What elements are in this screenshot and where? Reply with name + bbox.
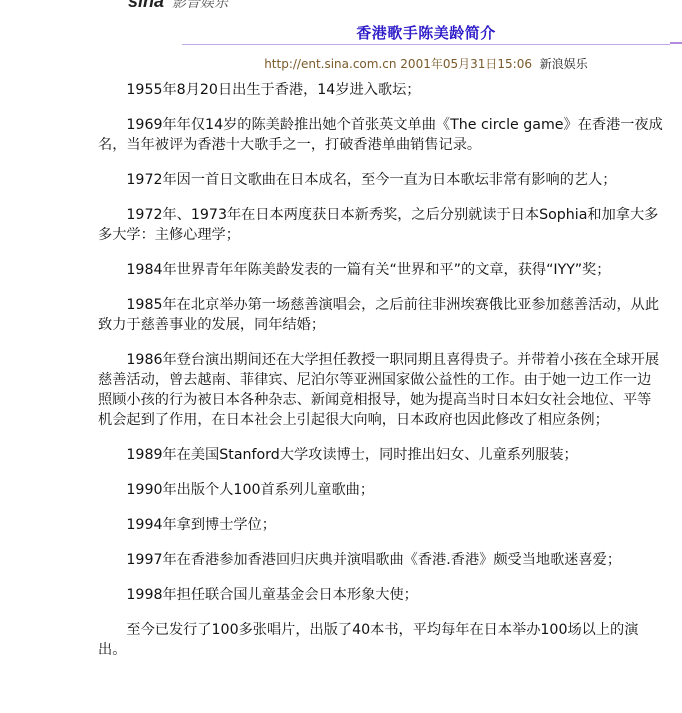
publish-date: 2001年05月31日15:06	[400, 57, 532, 71]
title-divider	[182, 44, 670, 45]
paragraph-1994: 1994年拿到博士学位；	[98, 515, 664, 535]
title-divider-accent	[670, 42, 682, 44]
paragraph-1955: 1955年8月20日出生于香港，14岁进入歌坛；	[98, 80, 664, 100]
source-url-link[interactable]: http://ent.sina.com.cn	[264, 57, 396, 71]
paragraph-1972-a: 1972年因一首日文歌曲在日本成名，至今一直为日本歌坛非常有影响的艺人；	[98, 170, 664, 190]
paragraph-1997: 1997年在香港参加香港回归庆典并演唱歌曲《香港.香港》颇受当地歌迷喜爱；	[98, 550, 664, 570]
sina-logo-mark: sina	[128, 0, 164, 12]
channel-name: 影音娱乐	[172, 0, 228, 12]
paragraph-summary: 至今已发行了100多张唱片，出版了40本书，平均每年在日本举办100场以上的演出…	[98, 620, 664, 660]
paragraph-1984: 1984年世界青年年陈美龄发表的一篇有关“世界和平”的文章，获得“IYY”奖；	[98, 260, 664, 280]
article-title: 香港歌手陈美龄简介	[182, 22, 670, 43]
source-name: 新浪娱乐	[540, 57, 588, 71]
site-logo[interactable]: sina 影音娱乐	[128, 0, 228, 7]
paragraph-1989: 1989年在美国Stanford大学攻读博士，同时推出妇女、儿童系列服装；	[98, 445, 664, 465]
paragraph-1969: 1969年年仅14岁的陈美龄推出她个首张英文单曲《The circle game…	[98, 115, 664, 155]
paragraph-1985: 1985年在北京举办第一场慈善演唱会，之后前往非洲埃赛俄比亚参加慈善活动，从此致…	[98, 295, 664, 335]
article-body: 1955年8月20日出生于香港，14岁进入歌坛； 1969年年仅14岁的陈美龄推…	[98, 80, 664, 675]
paragraph-1998: 1998年担任联合国儿童基金会日本形象大使；	[98, 585, 664, 605]
paragraph-1972-b: 1972年、1973年在日本两度获日本新秀奖，之后分别就读于日本Sophia和加…	[98, 205, 664, 245]
article-meta: http://ent.sina.com.cn 2001年05月31日15:06 …	[182, 55, 670, 72]
paragraph-1990: 1990年出版个人100首系列儿童歌曲；	[98, 480, 664, 500]
paragraph-1986: 1986年登台演出期间还在大学担任教授一职同期且喜得贵子。并带着小孩在全球开展慈…	[98, 350, 664, 430]
